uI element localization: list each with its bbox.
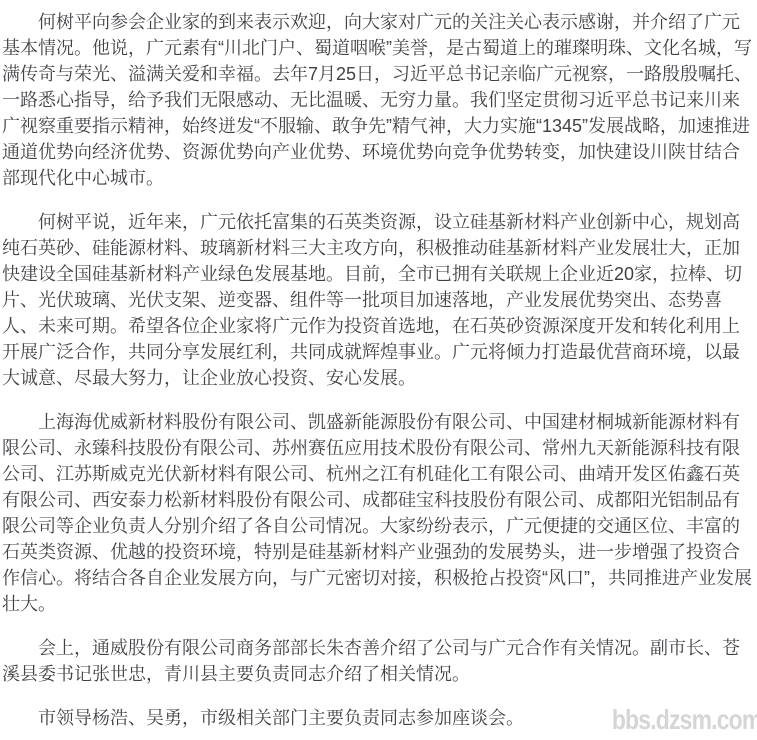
article-body: 何树平向参会企业家的到来表示欢迎，向大家对广元的关注关心表示感谢，并介绍了广元基… [0, 0, 757, 740]
paragraph-2: 何树平说，近年来，广元依托富集的石英类资源，设立硅基新材料产业创新中心，规划高纯… [2, 209, 754, 391]
paragraph-1: 何树平向参会企业家的到来表示欢迎，向大家对广元的关注关心表示感谢，并介绍了广元基… [2, 9, 754, 191]
paragraph-3: 上海海优威新材料股份有限公司、凯盛新能源股份有限公司、中国建材桐城新能源材料有限… [2, 409, 754, 617]
paragraph-4: 会上，通威股份有限公司商务部部长朱杏善介绍了公司与广元合作有关情况。副市长、苍溪… [2, 635, 754, 687]
watermark-text: bbs.dzsm.com [611, 704, 757, 736]
